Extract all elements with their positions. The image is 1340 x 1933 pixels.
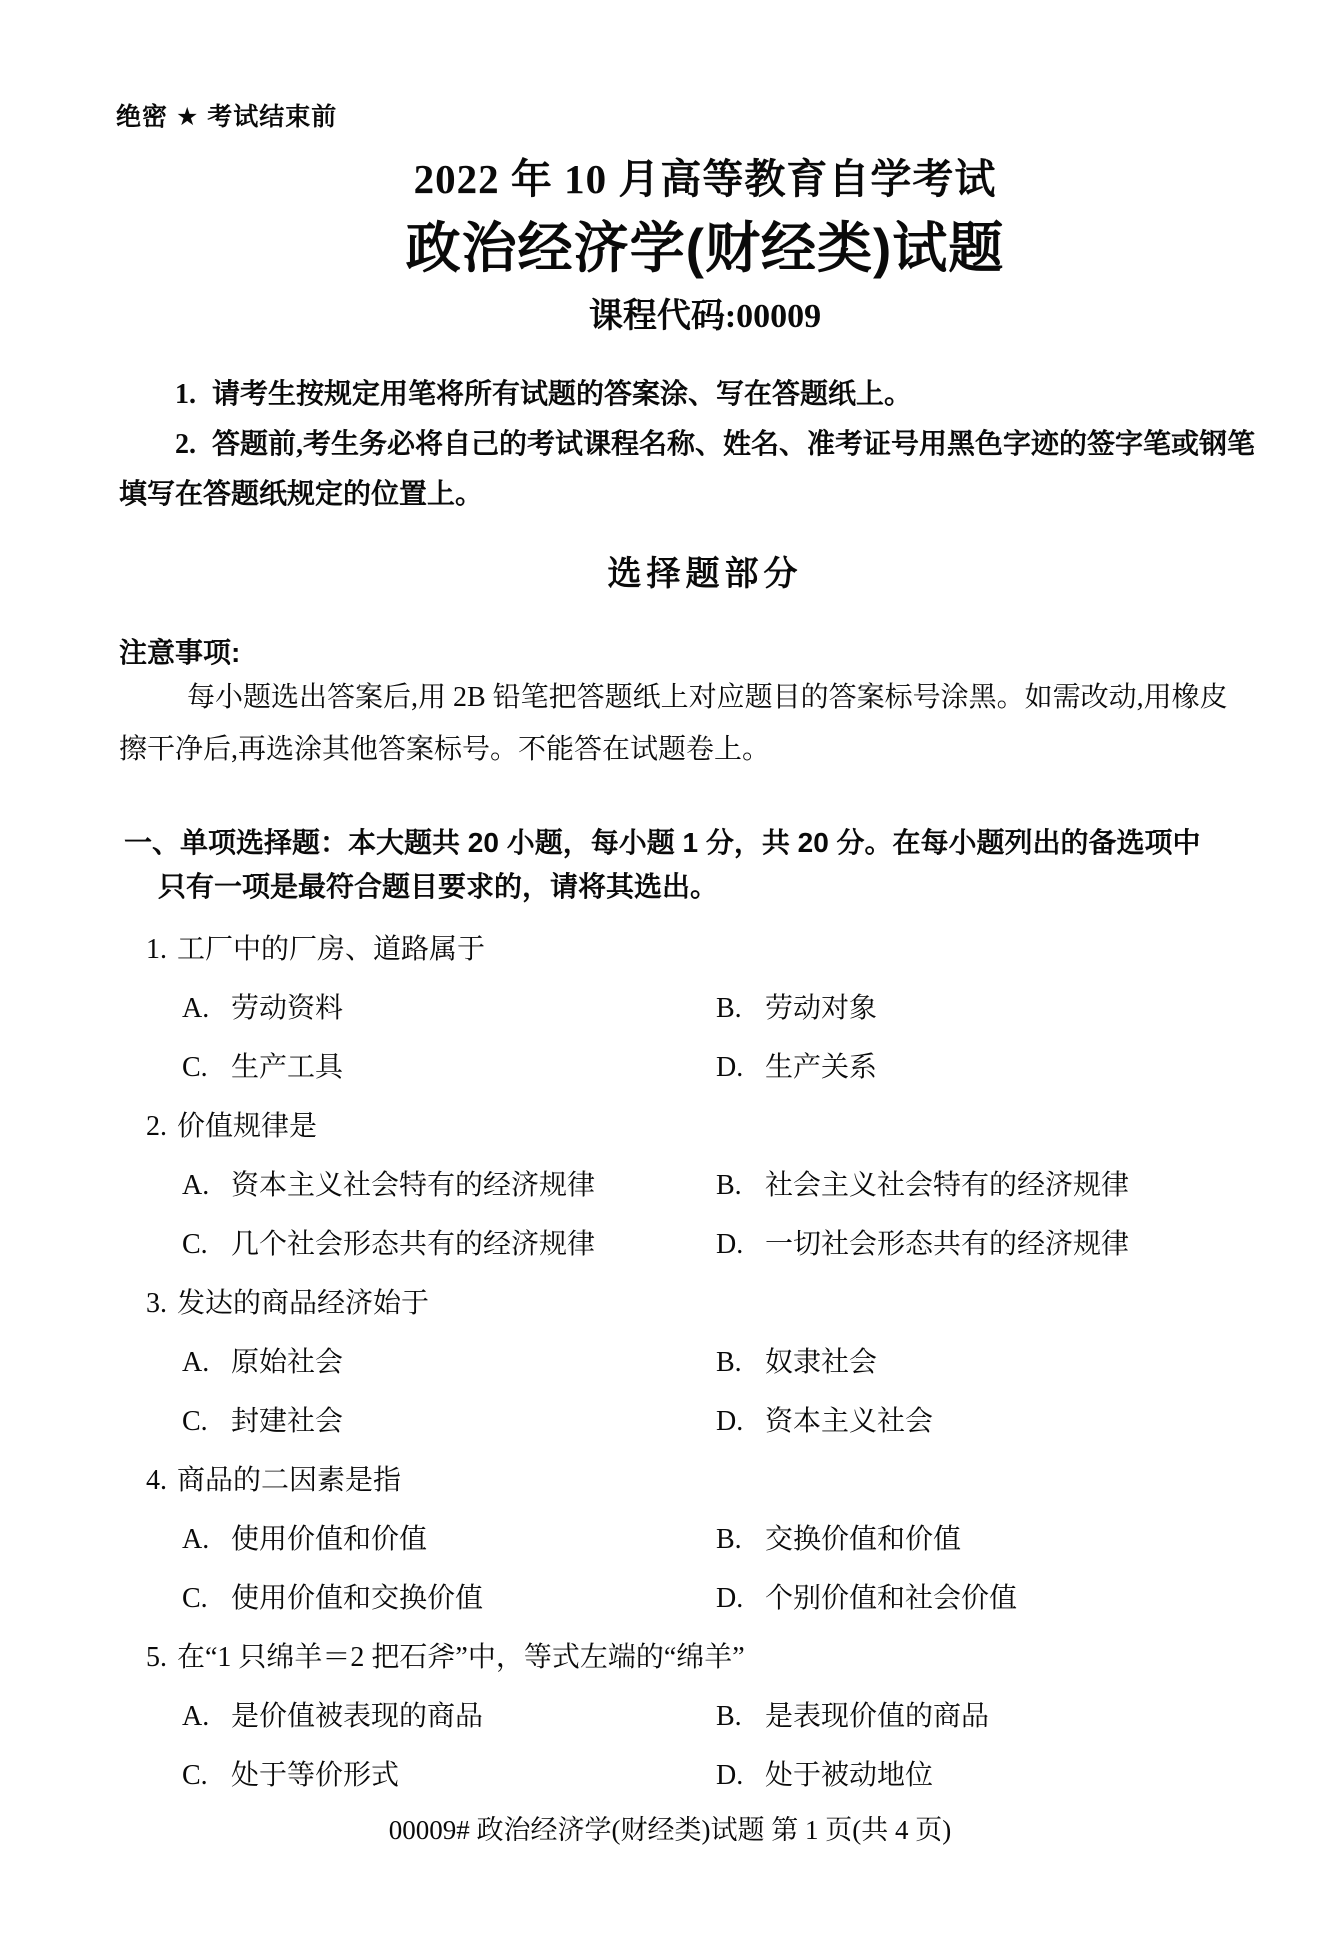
- options-row: C.处于等价形式D.处于被动地位: [146, 1746, 1316, 1805]
- option-text: 原始社会: [231, 1347, 343, 1378]
- exam-paper-page: 绝密 ★ 考试结束前 2022 年 10 月高等教育自学考试 政治经济学(财经类…: [0, 0, 1340, 1933]
- option-label: A.: [182, 1156, 231, 1215]
- question-3-option-a: A.原始社会: [182, 1333, 716, 1392]
- question-number: 5.: [146, 1628, 177, 1687]
- instruction-2-number: 2.: [175, 420, 212, 470]
- instructions-block: 1.请考生按规定用笔将所有试题的答案涂、写在答题纸上。 2.答题前,考生务必将自…: [119, 370, 1279, 520]
- question-2-option-a: A.资本主义社会特有的经济规律: [182, 1156, 716, 1215]
- option-label: D.: [716, 1392, 765, 1451]
- option-label: B.: [716, 1687, 765, 1746]
- question-1-option-b: B.劳动对象: [716, 979, 877, 1038]
- option-text: 是价值被表现的商品: [231, 1701, 483, 1732]
- page-footer: 00009# 政治经济学(财经类)试题 第 1 页(共 4 页): [0, 1808, 1340, 1847]
- option-text: 资本主义社会特有的经济规律: [231, 1170, 595, 1201]
- option-text: 使用价值和交换价值: [231, 1583, 483, 1614]
- options-row: C.使用价值和交换价值D.个别价值和社会价值: [146, 1569, 1316, 1628]
- question-4-option-d: D.个别价值和社会价值: [716, 1569, 1017, 1628]
- option-text: 几个社会形态共有的经济规律: [231, 1229, 595, 1260]
- question-item: 5.在“1 只绵羊＝2 把石斧”中，等式左端的“绵羊” A.是价值被表现的商品B…: [146, 1628, 1316, 1805]
- option-label: C.: [182, 1215, 231, 1274]
- question-5-option-b: B.是表现价值的商品: [716, 1687, 989, 1746]
- paper-title: 政治经济学(财经类)试题: [0, 204, 1340, 283]
- option-label: B.: [716, 1333, 765, 1392]
- question-line: 3.发达的商品经济始于: [146, 1274, 1316, 1333]
- question-text: 商品的二因素是指: [177, 1465, 401, 1496]
- option-label: C.: [182, 1392, 231, 1451]
- options-row: A.是价值被表现的商品B.是表现价值的商品: [146, 1687, 1316, 1746]
- question-text: 价值规律是: [177, 1111, 317, 1142]
- question-item: 4.商品的二因素是指 A.使用价值和价值B.交换价值和价值 C.使用价值和交换价…: [146, 1451, 1316, 1628]
- notes-line-2: 擦干净后,再选涂其他答案标号。不能答在试题卷上。: [119, 724, 1279, 776]
- option-label: C.: [182, 1038, 231, 1097]
- option-text: 处于被动地位: [765, 1760, 933, 1791]
- notes-label: 注意事项:: [119, 631, 240, 671]
- option-label: C.: [182, 1569, 231, 1628]
- option-label: B.: [716, 979, 765, 1038]
- instruction-2-text-line1: 答题前,考生务必将自己的考试课程名称、姓名、准考证号用黑色字迹的签字笔或钢笔: [212, 429, 1255, 460]
- option-text: 资本主义社会: [765, 1406, 933, 1437]
- option-text: 奴隶社会: [765, 1347, 877, 1378]
- question-number: 1.: [146, 920, 177, 979]
- option-text: 个别价值和社会价值: [765, 1583, 1017, 1614]
- option-text: 生产关系: [765, 1052, 877, 1083]
- option-text: 社会主义社会特有的经济规律: [765, 1170, 1129, 1201]
- option-label: D.: [716, 1569, 765, 1628]
- question-number: 4.: [146, 1451, 177, 1510]
- question-3-option-c: C.封建社会: [182, 1392, 716, 1451]
- option-label: B.: [716, 1156, 765, 1215]
- instruction-2-text-line2: 填写在答题纸规定的位置上。: [119, 470, 1279, 520]
- option-text: 交换价值和价值: [765, 1524, 961, 1555]
- question-1-option-d: D.生产关系: [716, 1038, 877, 1097]
- options-row: A.资本主义社会特有的经济规律B.社会主义社会特有的经济规律: [146, 1156, 1316, 1215]
- question-4-option-c: C.使用价值和交换价值: [182, 1569, 716, 1628]
- option-text: 使用价值和价值: [231, 1524, 427, 1555]
- option-label: B.: [716, 1510, 765, 1569]
- questions-list: 1.工厂中的厂房、道路属于 A.劳动资料B.劳动对象 C.生产工具D.生产关系 …: [146, 920, 1316, 1805]
- instruction-item-1: 1.请考生按规定用笔将所有试题的答案涂、写在答题纸上。: [119, 370, 1279, 420]
- option-label: A.: [182, 979, 231, 1038]
- options-row: A.劳动资料B.劳动对象: [146, 979, 1316, 1038]
- question-text: 在“1 只绵羊＝2 把石斧”中，等式左端的“绵羊”: [177, 1642, 745, 1673]
- options-row: C.封建社会D.资本主义社会: [146, 1392, 1316, 1451]
- option-label: A.: [182, 1510, 231, 1569]
- question-1-option-a: A.劳动资料: [182, 979, 716, 1038]
- option-text: 生产工具: [231, 1052, 343, 1083]
- option-text: 处于等价形式: [231, 1760, 399, 1791]
- question-5-option-c: C.处于等价形式: [182, 1746, 716, 1805]
- question-item: 2.价值规律是 A.资本主义社会特有的经济规律B.社会主义社会特有的经济规律 C…: [146, 1097, 1316, 1274]
- option-label: D.: [716, 1746, 765, 1805]
- question-3-option-d: D.资本主义社会: [716, 1392, 933, 1451]
- option-label: A.: [182, 1333, 231, 1392]
- option-text: 封建社会: [231, 1406, 343, 1437]
- option-text: 劳动资料: [231, 993, 343, 1024]
- question-item: 3.发达的商品经济始于 A.原始社会B.奴隶社会 C.封建社会D.资本主义社会: [146, 1274, 1316, 1451]
- part-one-heading-line1: 一、单项选择题：本大题共 20 小题，每小题 1 分，共 20 分。在每小题列出…: [124, 821, 1294, 865]
- part-one-heading: 一、单项选择题：本大题共 20 小题，每小题 1 分，共 20 分。在每小题列出…: [124, 821, 1294, 909]
- option-label: C.: [182, 1746, 231, 1805]
- question-item: 1.工厂中的厂房、道路属于 A.劳动资料B.劳动对象 C.生产工具D.生产关系: [146, 920, 1316, 1097]
- options-row: A.原始社会B.奴隶社会: [146, 1333, 1316, 1392]
- question-text: 发达的商品经济始于: [177, 1288, 429, 1319]
- option-text: 劳动对象: [765, 993, 877, 1024]
- course-code-value: 00009: [736, 298, 821, 335]
- question-4-option-a: A.使用价值和价值: [182, 1510, 716, 1569]
- question-2-option-d: D.一切社会形态共有的经济规律: [716, 1215, 1129, 1274]
- part-one-heading-line2: 只有一项是最符合题目要求的，请将其选出。: [124, 865, 1294, 909]
- question-line: 2.价值规律是: [146, 1097, 1316, 1156]
- question-number: 3.: [146, 1274, 177, 1333]
- classification-banner: 绝密 ★ 考试结束前: [116, 97, 337, 133]
- question-2-option-b: B.社会主义社会特有的经济规律: [716, 1156, 1129, 1215]
- notes-line-1: 每小题选出答案后,用 2B 铅笔把答题纸上对应题目的答案标号涂黑。如需改动,用橡…: [119, 672, 1279, 724]
- question-3-option-b: B.奴隶社会: [716, 1333, 877, 1392]
- question-line: 5.在“1 只绵羊＝2 把石斧”中，等式左端的“绵羊”: [146, 1628, 1316, 1687]
- option-label: D.: [716, 1215, 765, 1274]
- question-2-option-c: C.几个社会形态共有的经济规律: [182, 1215, 716, 1274]
- option-label: D.: [716, 1038, 765, 1097]
- notes-block: 每小题选出答案后,用 2B 铅笔把答题纸上对应题目的答案标号涂黑。如需改动,用橡…: [119, 672, 1279, 776]
- instruction-1-text: 请考生按规定用笔将所有试题的答案涂、写在答题纸上。: [212, 379, 912, 410]
- section-title: 选择题部分: [0, 546, 1340, 595]
- exam-session-title: 2022 年 10 月高等教育自学考试: [0, 146, 1340, 205]
- option-text: 是表现价值的商品: [765, 1701, 989, 1732]
- option-text: 一切社会形态共有的经济规律: [765, 1229, 1129, 1260]
- question-text: 工厂中的厂房、道路属于: [177, 934, 485, 965]
- options-row: A.使用价值和价值B.交换价值和价值: [146, 1510, 1316, 1569]
- instruction-1-number: 1.: [175, 370, 212, 420]
- course-code-label: 课程代码:: [589, 298, 736, 335]
- course-code-line: 课程代码:00009: [0, 288, 1340, 337]
- question-1-option-c: C.生产工具: [182, 1038, 716, 1097]
- instruction-item-2: 2.答题前,考生务必将自己的考试课程名称、姓名、准考证号用黑色字迹的签字笔或钢笔: [119, 420, 1279, 470]
- option-label: A.: [182, 1687, 231, 1746]
- question-5-option-d: D.处于被动地位: [716, 1746, 933, 1805]
- question-line: 4.商品的二因素是指: [146, 1451, 1316, 1510]
- question-5-option-a: A.是价值被表现的商品: [182, 1687, 716, 1746]
- question-4-option-b: B.交换价值和价值: [716, 1510, 961, 1569]
- question-number: 2.: [146, 1097, 177, 1156]
- options-row: C.几个社会形态共有的经济规律D.一切社会形态共有的经济规律: [146, 1215, 1316, 1274]
- options-row: C.生产工具D.生产关系: [146, 1038, 1316, 1097]
- question-line: 1.工厂中的厂房、道路属于: [146, 920, 1316, 979]
